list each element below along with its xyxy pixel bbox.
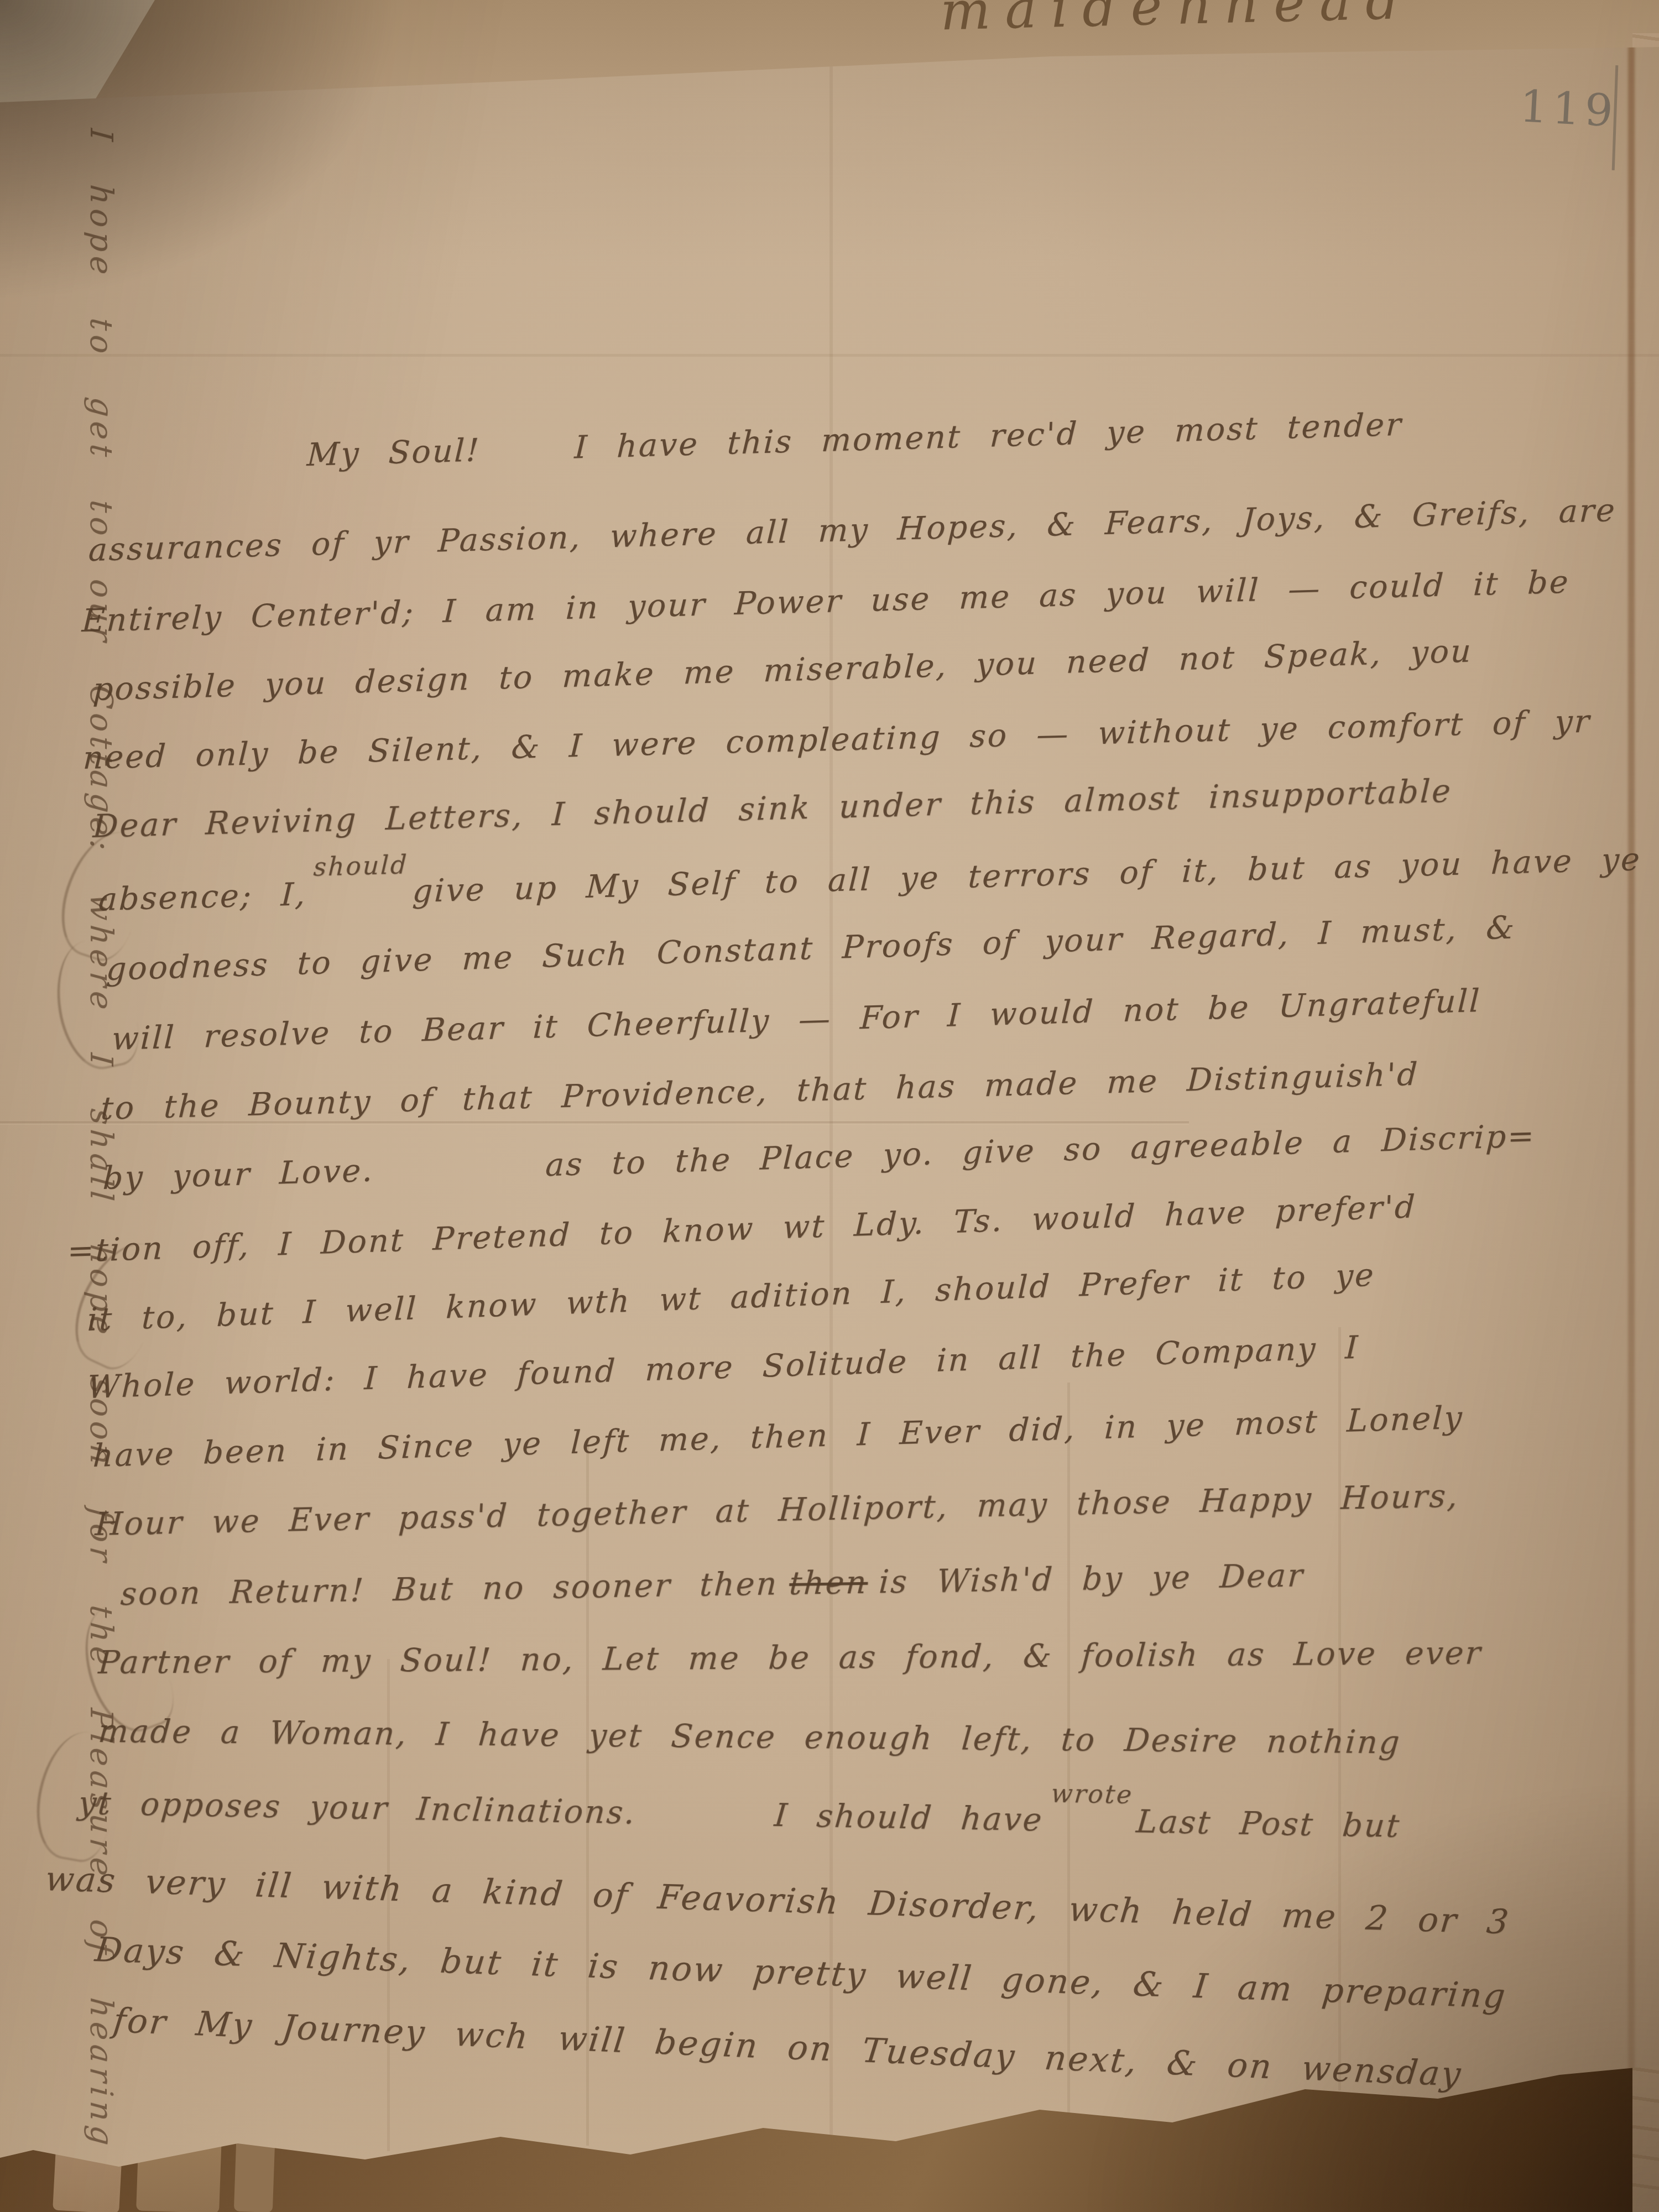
letter-line: have been in Since ye left me, then I Ev… [92,1400,1464,1474]
letter-line-text: soon Return! But no sooner then [119,1566,779,1613]
letter-line: Entirely Center'd; I am in your Power us… [81,564,1571,639]
letter-line-text: yt opposes your Inclinations. [77,1785,638,1832]
inserted-word: should [313,850,409,882]
letter-line: absence; I,shouldgive up My Self to all … [98,841,1642,918]
letter-line: made a Woman, I have yet Sence enough le… [97,1713,1402,1761]
letter-line-text: Whole world: I have found more Solitude … [87,1329,1360,1406]
letter-line-text: Entirely Center'd; I am in your Power us… [81,564,1571,639]
letter-line: Partner of my Soul! no, Let me be as fon… [97,1635,1483,1681]
letter-line-text: was very ill with a kind of Feavorish Di… [43,1859,1512,1942]
page-right-edge-line [1628,44,1635,2201]
letter-line: yt opposes your Inclinations.I should ha… [77,1785,1402,1845]
letter-line: =tion off, I Dont Pretend to know wt Ldy… [67,1188,1417,1270]
letter-line: goodness to give me Such Constant Proofs… [106,909,1517,988]
letter-line: for My Journey wch will begin on Tuesday… [111,2001,1464,2094]
letter-line-text: Hour we Ever pass'd together at Hollipor… [94,1478,1459,1543]
letter-line: was very ill with a kind of Feavorish Di… [43,1859,1512,1942]
letter-line-text: as to the Place yo. give so agreeable a … [545,1118,1536,1183]
letter-line-text: assurances of yr Passion, where all my H… [88,492,1618,568]
letter-line-text: to the Bounty of that Providence, that h… [100,1056,1420,1128]
letter-line-text: it to, but I well know wth wt adition I,… [87,1257,1376,1338]
folio-number: 119 [1519,80,1619,137]
letter-line: Dear Reviving Letters, I should sink und… [92,773,1453,845]
letter-line: need only be Silent, & I were compleatin… [82,703,1592,776]
letter-line-text: for My Journey wch will begin on Tuesday… [111,2001,1464,2094]
letter-line-text: I should have [773,1797,1045,1838]
inserted-word: wrote [1050,1779,1134,1810]
photograph-of-letter: maidenhead 119 I hope to get to our Cott… [0,0,1659,2212]
letter-line: will resolve to Bear it Cheerfully — For… [111,983,1482,1057]
letter-sheet: 119 I hope to get to our Cottage: where … [0,0,1659,2212]
letter-line-text: Dear Reviving Letters, I should sink und… [92,773,1453,845]
letter-line-text: Last Post but [1135,1803,1402,1844]
letter-line-text: made a Woman, I have yet Sence enough le… [97,1713,1402,1761]
letter-line: it to, but I well know wth wt adition I,… [87,1257,1376,1338]
letter-line-text: by your Love. [102,1152,375,1197]
letter-line: possible you design to make me miserable… [92,633,1474,708]
letter-line-text: possible you design to make me miserable… [92,633,1474,708]
letter-line: to the Bounty of that Providence, that h… [100,1056,1420,1128]
letter-line-text: need only be Silent, & I were compleatin… [82,703,1592,776]
letter-line-text: have been in Since ye left me, then I Ev… [92,1400,1464,1474]
letter-line-text: Days & Nights, but it is now pretty well… [93,1930,1509,2016]
letter-line-text: absence; I, [98,876,308,918]
letter-line-text: =tion off, I Dont Pretend to know wt Ldy… [67,1188,1417,1270]
letter-line: by your Love.as to the Place yo. give so… [102,1118,1537,1197]
letter-line: My Soul!I have this moment rec'd ye most… [306,406,1404,473]
letter-line-text: give up My Self to all ye terrors of it,… [412,841,1642,910]
salutation: My Soul! [306,432,482,473]
letter-line-text: is Wish'd by ye Dear [878,1557,1306,1600]
letter-line-text: will resolve to Bear it Cheerfully — For… [111,983,1482,1057]
letter-line: Hour we Ever pass'd together at Hollipor… [94,1478,1459,1543]
struck-word: then [789,1564,869,1602]
letter-line-text: Partner of my Soul! no, Let me be as fon… [97,1635,1483,1681]
letter-line: Whole world: I have found more Solitude … [87,1329,1360,1406]
letter-line-text: I have this moment rec'd ye most tender [573,406,1403,466]
letter-line-text: goodness to give me Such Constant Proofs… [106,909,1517,988]
letter-line: Days & Nights, but it is now pretty well… [93,1930,1509,2016]
letter-line: soon Return! But no sooner thenthenis Wi… [119,1557,1305,1613]
letter-line: assurances of yr Passion, where all my H… [88,492,1618,568]
behind-page-partial-text: maidenhead [940,0,1415,42]
